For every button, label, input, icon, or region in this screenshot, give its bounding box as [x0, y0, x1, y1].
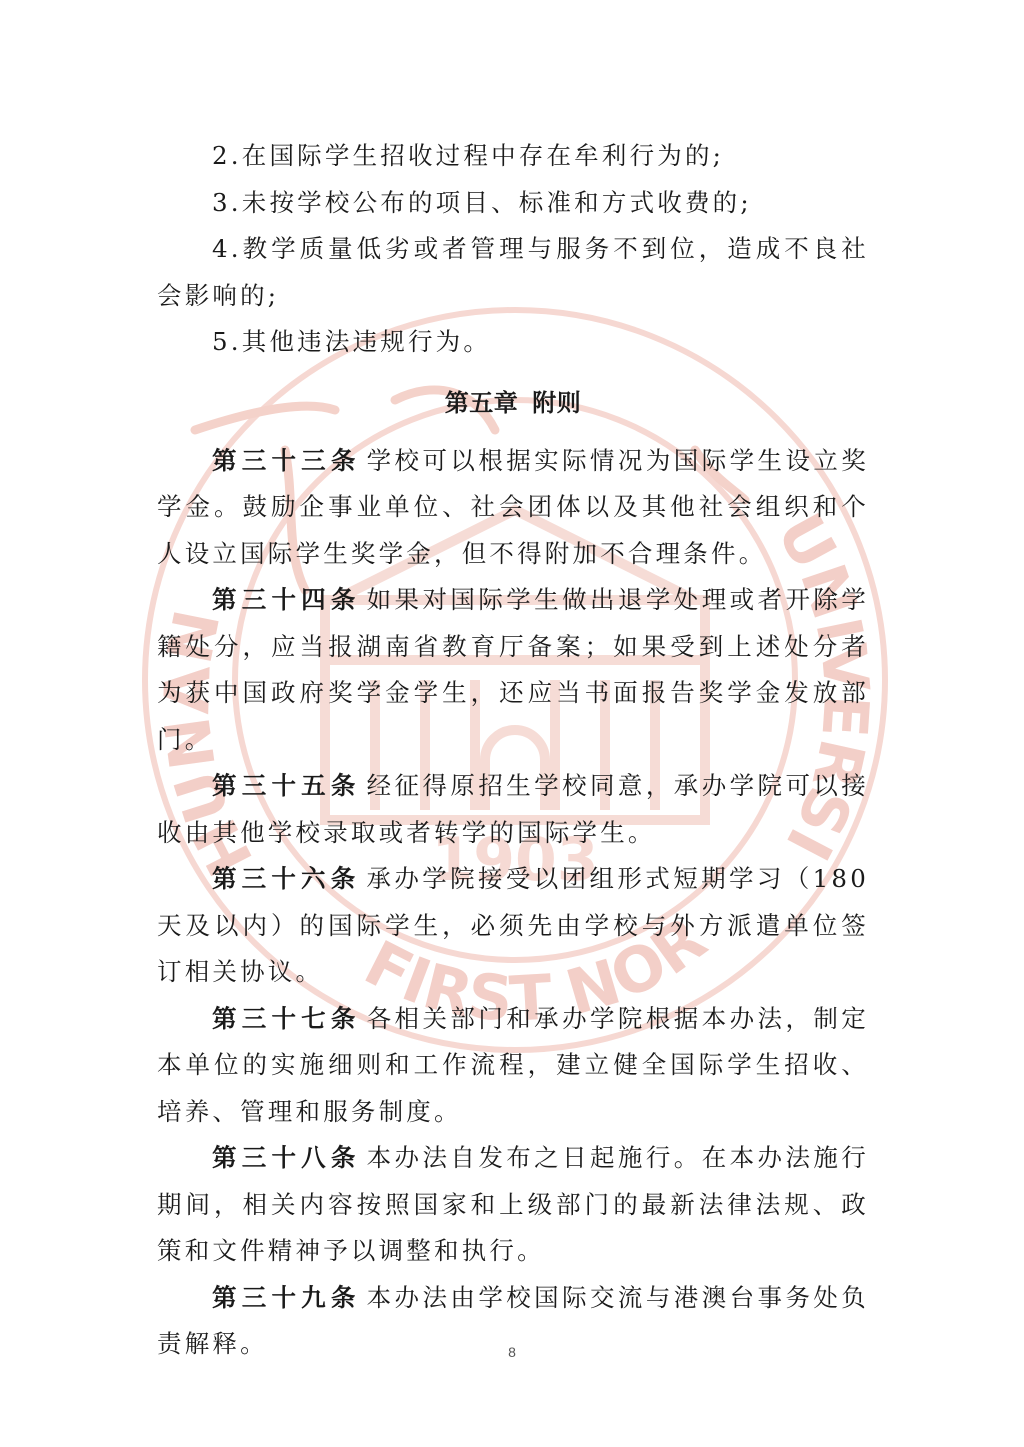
list-item-text: 未按学校公布的项目、标准和方式收费的; — [242, 188, 752, 217]
article-35: 第三十五条经征得原招生学校同意，承办学院可以接收由其他学校录取或者转学的国际学生… — [157, 763, 869, 856]
chapter-heading: 第五章附则 — [157, 380, 869, 426]
list-item-number: 3. — [212, 188, 242, 217]
chapter-title: 附则 — [532, 389, 581, 417]
document-body: 2.在国际学生招收过程中存在牟利行为的; 3.未按学校公布的项目、标准和方式收费… — [157, 133, 869, 1368]
article-label: 第三十六条 — [212, 864, 360, 893]
list-item: 5.其他违法违规行为。 — [157, 319, 869, 366]
article-33: 第三十三条学校可以根据实际情况为国际学生设立奖学金。鼓励企事业单位、社会团体以及… — [157, 438, 869, 578]
article-36: 第三十六条承办学院接受以团组形式短期学习（180天及以内）的国际学生，必须先由学… — [157, 856, 869, 996]
article-34: 第三十四条如果对国际学生做出退学处理或者开除学籍处分，应当报湖南省教育厅备案；如… — [157, 577, 869, 763]
article-label: 第三十九条 — [212, 1283, 361, 1312]
article-38: 第三十八条本办法自发布之日起施行。在本办法施行期间，相关内容按照国家和上级部门的… — [157, 1135, 869, 1275]
article-label: 第三十五条 — [212, 771, 361, 800]
list-item: 3.未按学校公布的项目、标准和方式收费的; — [157, 180, 869, 227]
article-label: 第三十八条 — [212, 1143, 361, 1172]
list-item-number: 5. — [212, 327, 242, 356]
article-label: 第三十四条 — [212, 585, 361, 614]
list-item-number: 4. — [212, 234, 242, 263]
list-item: 2.在国际学生招收过程中存在牟利行为的; — [157, 133, 869, 180]
list-item-text: 教学质量低劣或者管理与服务不到位，造成不良社会影响的; — [157, 234, 869, 310]
article-37: 第三十七条各相关部门和承办学院根据本办法，制定本单位的实施细则和工作流程，建立健… — [157, 996, 869, 1136]
list-item: 4.教学质量低劣或者管理与服务不到位，造成不良社会影响的; — [157, 226, 869, 319]
article-label: 第三十三条 — [212, 446, 361, 475]
list-item-text: 在国际学生招收过程中存在牟利行为的; — [242, 141, 724, 170]
page-number: 8 — [0, 1344, 1024, 1360]
list-item-text: 其他违法违规行为。 — [242, 327, 491, 356]
list-item-number: 2. — [212, 141, 242, 170]
chapter-number: 第五章 — [445, 389, 519, 417]
article-label: 第三十七条 — [212, 1004, 361, 1033]
